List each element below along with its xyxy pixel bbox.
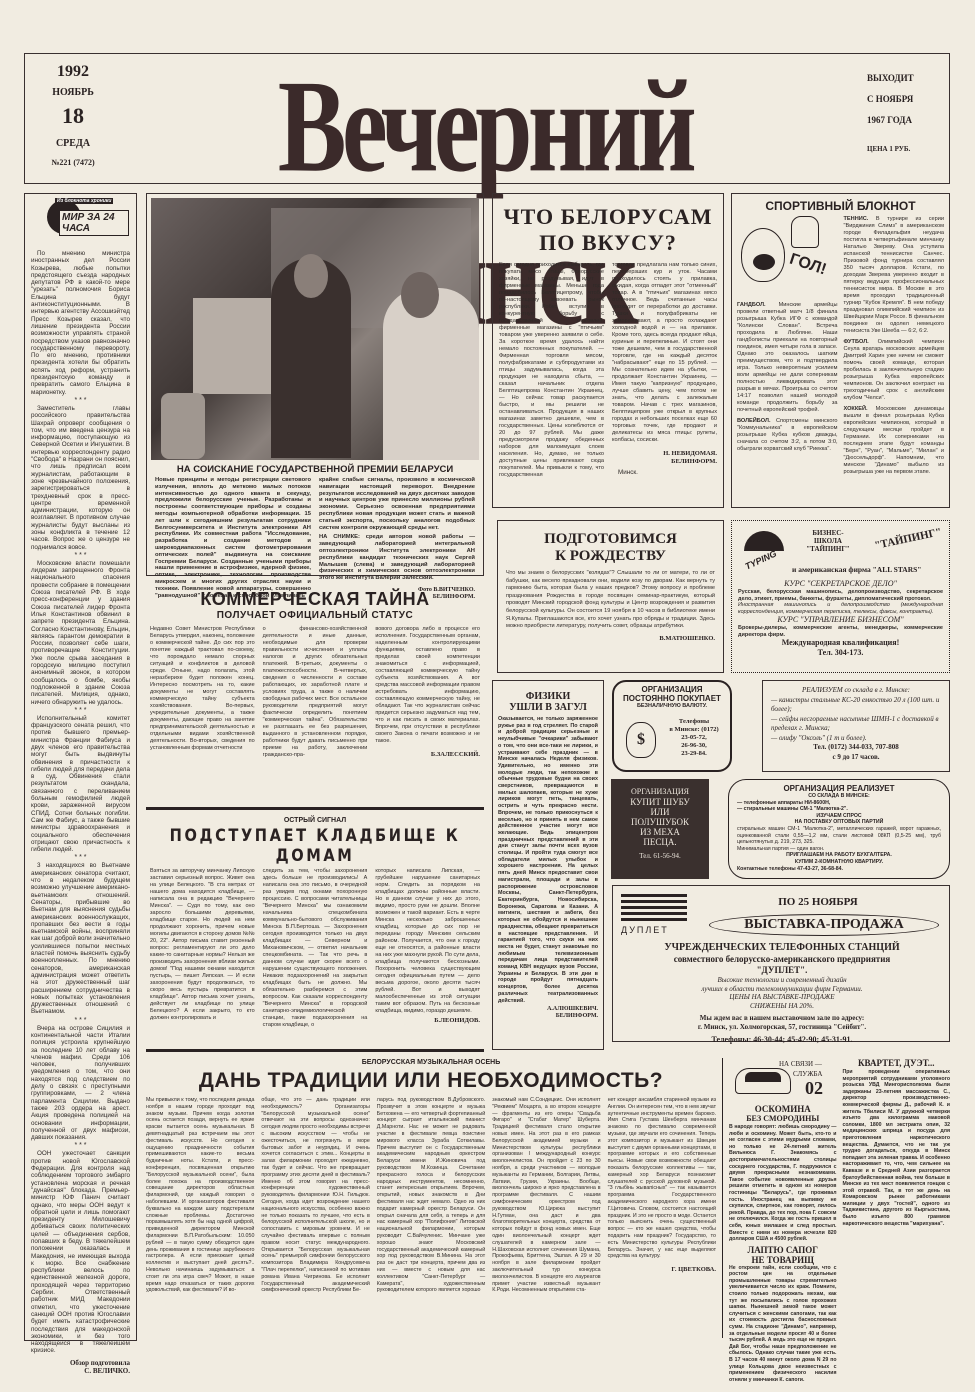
duplet-line: лучших в области телекоммуникации фирм Г… xyxy=(617,985,947,994)
duplet-line: ЦЕНЫ НА ВЫСТАВКЕ-ПРОДАЖЕ xyxy=(617,993,947,1002)
duplet-line: г. Минск, ул. Холмогорская, 57, гостиниц… xyxy=(617,1023,947,1032)
cemetery-article: ОСТРЫЙ СИГНАЛ ПОДСТУПАЕТ КЛАДБИЩЕ К ДОМА… xyxy=(146,814,484,1052)
org-ad-title: ОРГАНИЗАЦИЯ РЕАЛИЗУЕТ xyxy=(737,784,941,793)
masthead-day: 18 xyxy=(33,104,113,128)
sports-item: ХОККЕЙ. Московские динамовцы вышли в фин… xyxy=(844,406,945,476)
christmas-headline-2: К РОЖДЕСТВУ xyxy=(506,548,715,565)
story1-body: В народе говорят: любишь смородину — люб… xyxy=(729,1124,837,1243)
taste-col-2-wrap: торговля предлагала нам только синих, пе… xyxy=(612,262,717,479)
taste-article: ЧТО БЕЛОРУСАМ ПО ВКУСУ? Если сегодня при… xyxy=(492,193,724,508)
separator: * * * xyxy=(31,854,130,862)
cemetery-signature: Б.ЛЕОНИДОВ. xyxy=(375,1017,480,1025)
commercial-body: Недавно Совет Министров Республики Белар… xyxy=(146,626,484,759)
commercial-signature: Б.ЗАЛЕССКИЙ. xyxy=(375,751,480,759)
org-ad-details: стиральных машин СМ-1 "Малютка-2", метал… xyxy=(737,826,941,846)
currency-line-2: ПОСТОЯННО ПОКУПАЕТ xyxy=(617,694,727,703)
duplet-date: ПО 25 НОЯБРЯ xyxy=(693,896,943,908)
qualification: Международная квалификация! xyxy=(738,638,943,648)
duplet-body: УЧРЕЖДЕНЧЕСКИХ ТЕЛЕФОННЫХ СТАНЦИЙ совмес… xyxy=(617,942,947,1045)
music-headline: ДАНЬ ТРАДИЦИИ ИЛИ НЕОБХОДИМОСТЬ? xyxy=(146,1068,716,1094)
sports-item-label: ТЕННИС. xyxy=(844,216,869,222)
lab-photo xyxy=(151,198,479,460)
typing-partner: и американская фирма "ALL STARS" xyxy=(792,565,921,574)
masthead-since-1: ВЫХОДИТ xyxy=(867,68,947,89)
separator: * * * xyxy=(31,397,130,405)
physicists-body: Оказывается, не только заряженное ружье … xyxy=(498,716,598,1004)
warehouse-item: — сейфы несгораемые насыпные ШМН-1 с дос… xyxy=(771,715,941,734)
music-signature: Г. ЦВЕТКОВА. xyxy=(608,1266,716,1274)
photo-person-right xyxy=(383,288,479,460)
org-ad-item: — телефонные аппараты НИ-8600Н, xyxy=(737,800,941,807)
masthead: 1992 НОЯБРЬ 18 СРЕДА №221 (7472) Вечерни… xyxy=(24,53,950,184)
world-signature-2: С. ВЕЛИЧКО. xyxy=(31,1367,130,1375)
world-item: Заместитель главы российского правительс… xyxy=(31,405,130,551)
sports-item-text: Московские динамовцы вышли в финал розыг… xyxy=(844,406,945,475)
photo-person-left-head xyxy=(294,254,328,298)
world-logo-main: МИР ЗА 24 ЧАСА xyxy=(59,210,129,236)
police-logo-number: 02 xyxy=(805,1078,823,1099)
sports-item-text: Олимпийский чемпион Сеула вратарь москов… xyxy=(844,339,945,401)
masthead-date-block: 1992 НОЯБРЬ 18 СРЕДА №221 (7472) xyxy=(33,62,113,170)
duplet-ad: ДУПЛЕТ ПО 25 НОЯБРЯ ВЫСТАВКА-ПРОДАЖА УЧР… xyxy=(612,885,950,1042)
police-body: НА СВЯЗИ — СЛУЖБА 02 ОСКОМИНА БЕЗ СМОРОД… xyxy=(729,1058,950,1383)
sports-item-label: ХОККЕЙ. xyxy=(844,406,868,412)
masthead-since-2: С НОЯБРЯ xyxy=(867,89,947,110)
typing-school: БИЗНЕС- ШКОЛА "ТАЙПИНГ" xyxy=(798,529,858,553)
masthead-price: ЦЕНА 1 РУБ. xyxy=(867,139,947,160)
story2-body: Не откроем тайн, если сообщим, что с рос… xyxy=(729,1265,837,1384)
sports-body: ГОЛ! ГАНДБОЛ. Минские армейцы провели от… xyxy=(737,216,944,476)
sports-item: ТЕННИС. В турнире из серии "Вирджиния Сл… xyxy=(844,216,945,335)
cemetery-kicker: ОСТРЫЙ СИГНАЛ xyxy=(146,816,484,826)
warehouse-phones: Тел. (0172) 344-033, 707-808 xyxy=(771,743,941,753)
sports-item-text: В турнире из серии "Вирджиния Слимз" в а… xyxy=(844,216,945,334)
christmas-body: Что мы знаем о белорусских "колядах"? Сл… xyxy=(506,570,715,631)
commercial-col-3: вового договора либо в процессе его испо… xyxy=(375,626,480,745)
sports-item-label: ВОЛЕЙБОЛ. xyxy=(737,418,771,424)
music-col: Мы привыкли к тому, что последняя декада… xyxy=(146,1097,254,1294)
music-autumn-article: БЕЛОРУССКАЯ МУЗЫКАЛЬНАЯ ОСЕНЬ ДАНЬ ТРАДИ… xyxy=(146,1058,716,1338)
currency-phone: 23-29-84. xyxy=(660,750,728,758)
music-col: нет концерт ансамбля старинной музыки из… xyxy=(608,1097,716,1260)
sports-item-label: ФУТБОЛ. xyxy=(844,339,869,345)
duplet-brand: ДУПЛЕТ xyxy=(621,924,687,936)
world-item: Московские власти помешали лидерам запре… xyxy=(31,560,130,706)
world-logo: Из блокнота хроники МИР ЗА 24 ЧАСА xyxy=(31,198,130,244)
duplet-event: ВЫСТАВКА-ПРОДАЖА xyxy=(709,914,939,936)
sports-item: ГАНДБОЛ. Минские армейцы провели ответны… xyxy=(737,302,838,414)
sports-col-1: ГОЛ! ГАНДБОЛ. Минские армейцы провели от… xyxy=(737,216,838,476)
course1-italic: Иностранная машинопись и делопроизводств… xyxy=(738,602,943,615)
police-logo: НА СВЯЗИ — СЛУЖБА 02 xyxy=(729,1058,837,1104)
police-column: НА СВЯЗИ — СЛУЖБА 02 ОСКОМИНА БЕЗ СМОРОД… xyxy=(722,1058,950,1338)
cartoon-hand-icon xyxy=(791,216,819,248)
separator: * * * xyxy=(31,707,130,715)
music-col: знакомый нам С.Сондецкис. Они исполнят "… xyxy=(492,1097,600,1294)
duplet-line: "ДУПЛЕТ". xyxy=(617,965,947,976)
masthead-since-block: ВЫХОДИТ С НОЯБРЯ 1967 ГОДА ЦЕНА 1 РУБ. xyxy=(867,68,947,160)
physicists-headline-2: УШЛИ В ЗАГУЛ xyxy=(498,702,598,714)
world-item: Исполнительный комитет французского сена… xyxy=(31,715,130,854)
story3-title: КВАРТЕТ, ДУЭТ... xyxy=(843,1058,951,1069)
typing-ad: TYPING БИЗНЕС- ШКОЛА "ТАЙПИНГ" "ТАЙПИНГ"… xyxy=(731,520,950,673)
org-ad-study: НА ПОСТАВКУ ОПТОВЫХ ПАРТИЙ xyxy=(737,819,941,826)
typing-phone: Тел. 304-173. xyxy=(738,648,943,658)
world-signature-1: Обзор подготовила xyxy=(31,1359,130,1367)
course1-title: КУРС "СЕКРЕТАРСКОЕ ДЕЛО" xyxy=(738,579,943,589)
story2-title-1: ЛАПТЮ САПОГ xyxy=(729,1245,837,1255)
org-ad-contacts: Контактные телефоны 47-43-27, 36-68-84. xyxy=(737,866,941,873)
fur-ad-line: ПОЛУШУБОК xyxy=(611,817,709,827)
sports-headline: СПОРТИВНЫЙ БЛОКНОТ xyxy=(737,199,944,213)
taste-col-1: Если сегодня приходится выбирать, где по… xyxy=(499,262,604,479)
duplet-line: УЧРЕЖДЕНЧЕСКИХ ТЕЛЕФОННЫХ СТАНЦИЙ xyxy=(617,942,947,954)
cartoon-goal-text: ГОЛ! xyxy=(787,251,828,280)
police-col-2: КВАРТЕТ, ДУЭТ... При проведении оператив… xyxy=(843,1058,951,1383)
currency-ad: ОРГАНИЗАЦИЯ ПОСТОЯННО ПОКУПАЕТ БЕЗНАЛИЧН… xyxy=(612,680,732,772)
commercial-col-3-wrap: вового договора либо в процессе его испо… xyxy=(375,626,480,759)
org-ad-item: — стиральные машины СМ-1 "Малютка-2". xyxy=(737,806,941,813)
typing-courses: КУРС "СЕКРЕТАРСКОЕ ДЕЛО" Русская, белору… xyxy=(738,579,943,658)
duplet-phones: Телефоны: 46-30-44; 45-42-90; 45-31-91. xyxy=(617,1035,947,1045)
warehouse-ad: РЕАЛИЗУЕМ со склада в г. Минске: — канис… xyxy=(762,680,950,772)
fur-ad-line: ИЛИ xyxy=(611,807,709,817)
sports-col-2: ТЕННИС. В турнире из серии "Вирджиния Сл… xyxy=(844,216,945,476)
duplet-logo: ДУПЛЕТ xyxy=(621,894,687,936)
prize-headline: НА СОИСКАНИЕ ГОСУДАРСТВЕННОЙ ПРЕМИИ БЕЛА… xyxy=(151,464,479,475)
org-ad-invite: ПРИГЛАШАЕМ НА РАБОТУ БУХГАЛТЕРА. xyxy=(737,852,941,859)
cemetery-headline: ПОДСТУПАЕТ КЛАДБИЩЕ К ДОМАМ xyxy=(170,826,461,866)
book-sunrise-icon xyxy=(744,531,784,551)
org-ad-buy: КУПИМ 2-КОМНАТНУЮ КВАРТИРУ. xyxy=(737,859,941,866)
fur-ad: ОРГАНИЗАЦИЯ КУПИТ ШУБУ ИЛИ ПОЛУШУБОК ИЗ … xyxy=(611,779,709,879)
world-logo-top: Из блокнота хроники xyxy=(55,198,113,204)
world-item: По мнению министра иностранных дел Росси… xyxy=(31,250,130,396)
taste-headline-1: ЧТО БЕЛОРУСАМ xyxy=(499,204,717,230)
masthead-issue: №221 (7472) xyxy=(33,156,113,170)
org-sells-ad: ОРГАНИЗАЦИЯ РЕАЛИЗУЕТ СО СКЛАДА В МИНСКЕ… xyxy=(728,779,950,879)
money-bag-icon: $ xyxy=(626,722,656,758)
taste-col-2: торговля предлагала нам только синих, пе… xyxy=(612,262,717,444)
photo-canister xyxy=(161,393,205,459)
duplet-line: Высокие технологии и современный дизайн xyxy=(617,976,947,985)
duplet-line: СНИЖЕНЫ НА 20%. xyxy=(617,1002,947,1011)
goal-cartoon: ГОЛ! xyxy=(737,216,838,302)
sports-item-label: ГАНДБОЛ. xyxy=(737,302,766,308)
sports-item-text: Минские армейцы провели ответный матч 1/… xyxy=(737,302,838,413)
physicists-article: ФИЗИКИ УШЛИ В ЗАГУЛ Оказывается, не толь… xyxy=(492,680,604,1050)
prize-article: НА СОИСКАНИЕ ГОСУДАРСТВЕННОЙ ПРЕМИИ БЕЛА… xyxy=(146,193,484,576)
separator: * * * xyxy=(31,1017,130,1025)
music-body: Мы привыкли к тому, что последняя декада… xyxy=(146,1097,716,1294)
sports-notebook: СПОРТИВНЫЙ БЛОКНОТ ГОЛ! ГАНДБОЛ. Минские… xyxy=(731,193,950,508)
police-logo-1: НА СВЯЗИ — xyxy=(779,1060,822,1068)
typing-school-3: "ТАЙПИНГ" xyxy=(798,545,858,553)
typing-school-2: ШКОЛА xyxy=(798,537,858,545)
world-news: По мнению министра иностранных дел Росси… xyxy=(31,250,130,1355)
world-item: ООН ужесточает санкции против новой Югос… xyxy=(31,1150,130,1354)
duplet-line: совместного белорусско-американского пре… xyxy=(617,954,947,965)
christmas-headline-1: ПОДГОТОВИМСЯ xyxy=(506,531,715,548)
fur-ad-phone: Тел. 61-56-94. xyxy=(611,849,709,863)
story2-title-2: НЕ ТОВАРИЩ xyxy=(729,1255,837,1265)
fur-ad-line: ИЗ МЕХА xyxy=(611,827,709,837)
masthead-since-3: 1967 ГОДА xyxy=(867,110,947,131)
music-col: обще, что это — дань традиции или необхо… xyxy=(261,1097,369,1294)
typing-logo: TYPING xyxy=(740,527,788,575)
taste-headline-2: ПО ВКУСУ? xyxy=(499,230,717,256)
typing-logo-text: TYPING xyxy=(743,548,778,571)
separator: * * * xyxy=(31,552,130,560)
warehouse-intro: РЕАЛИЗУЕМ со склада в г. Минске: xyxy=(771,686,941,696)
music-col-5-wrap: нет концерт ансамбля старинной музыки из… xyxy=(608,1097,716,1294)
music-kicker: БЕЛОРУССКАЯ МУЗЫКАЛЬНАЯ ОСЕНЬ xyxy=(146,1058,716,1068)
story1-title-2: БЕЗ СМОРОДИНЫ xyxy=(729,1114,837,1124)
fur-ad-line: КУПИТ ШУБУ xyxy=(611,797,709,807)
currency-phones-label: Телефоны xyxy=(660,718,728,726)
prize-col-2: крайне слабые сигналы, произвело в косми… xyxy=(319,477,475,531)
commercial-col-1: Недавно Совет Министров Республики Белар… xyxy=(150,626,255,759)
taste-dateline: Минск. xyxy=(612,469,717,476)
course2-bold: Брокеры-дилеры, коммерческие агенты, мен… xyxy=(738,625,943,638)
currency-line-1: ОРГАНИЗАЦИЯ xyxy=(617,685,727,694)
duplet-line: Мы ждем вас в нашем выставочном зале по … xyxy=(617,1014,947,1023)
world-item: Вчера на острове Сицилия и континентальн… xyxy=(31,1025,130,1142)
taste-signature-1: Н. НЕВИДОМАЯ. xyxy=(612,450,717,458)
cemetery-body: Взяться за авторучку минчанку Липскую за… xyxy=(146,868,484,1029)
course2-title: КУРС "УПРАВЛЕНИЕ БИЗНЕСОМ" xyxy=(738,615,943,625)
taste-body: Если сегодня приходится выбирать, где по… xyxy=(499,262,717,479)
physicists-headline-1: ФИЗИКИ xyxy=(498,691,598,702)
currency-phone: 23-05-72, xyxy=(660,734,728,742)
currency-phone: 26-96-30, xyxy=(660,742,728,750)
duplet-stripes-icon xyxy=(621,894,687,924)
sports-item: ФУТБОЛ. Олимпийский чемпион Сеула вратар… xyxy=(844,339,945,402)
currency-phones-city: в Минске: (0172) xyxy=(660,726,728,734)
org-ad-subtitle: СО СКЛАДА В МИНСКЕ: xyxy=(737,793,941,800)
typing-school-1: БИЗНЕС- xyxy=(798,529,858,537)
physicists-signature-2: БЕЛИНФОРМ. xyxy=(498,1013,598,1020)
story1-title-1: ОСКОМИНА xyxy=(729,1104,837,1114)
story3-body: При проведении оперативных мероприятий с… xyxy=(843,1069,951,1227)
world-column: Из блокнота хроники МИР ЗА 24 ЧАСА По мн… xyxy=(24,193,137,1341)
org-ad-min-batch: Минимальная партия — один вагон. xyxy=(737,846,941,853)
cemetery-col-3: которых написала Липская, — грубейшее на… xyxy=(375,868,480,1015)
christmas-article: ПОДГОТОВИМСЯ К РОЖДЕСТВУ Что мы знаем о … xyxy=(497,520,724,673)
masthead-month: НОЯБРЬ xyxy=(33,82,113,104)
warehouse-item: — олифу "Оксоль" (1 т и более). xyxy=(771,734,941,744)
commercial-secret-article: КОММЕРЧЕСКАЯ ТАЙНА ПОЛУЧАЕТ ОФИЦИАЛЬНЫЙ … xyxy=(146,582,484,810)
cartoon-mouth-icon xyxy=(753,254,775,270)
typing-arc-text: "ТАЙПИНГ" xyxy=(873,526,942,552)
currency-phones: Телефоны в Минске: (0172) 23-05-72, 26-9… xyxy=(660,718,728,758)
world-item: 3 находящихся во Вьетнаме американских с… xyxy=(31,862,130,1015)
cemetery-col-3-wrap: которых написала Липская, — грубейшее на… xyxy=(375,868,480,1029)
cemetery-col-2: следить за тем, чтобы захоронения здесь … xyxy=(263,868,368,1029)
commercial-subheadline: ПОЛУЧАЕТ ОФИЦИАЛЬНЫЙ СТАТУС xyxy=(146,610,484,622)
masthead-year: 1992 xyxy=(33,62,113,82)
warehouse-hours: с 9 до 17 часов. xyxy=(771,753,941,763)
separator: * * * xyxy=(31,1142,130,1150)
sports-item: ВОЛЕЙБОЛ. Спортсмены минского "Коммуналь… xyxy=(737,418,838,453)
music-col: ларусь под руководством В.Дубровского. П… xyxy=(377,1097,485,1294)
masthead-weekday: СРЕДА xyxy=(33,132,113,156)
photo-device xyxy=(193,298,271,394)
warehouse-item: — канистры стальные КС-20 емкостью 20 л … xyxy=(771,696,941,715)
police-car-window xyxy=(745,1072,781,1082)
photo-person-right-head xyxy=(401,272,439,318)
physicists-signature-1: А.АЛЮШКЕВИЧ. xyxy=(498,1006,598,1013)
fur-ad-line: ПЕСЦА. xyxy=(611,837,709,847)
fur-ad-line: ОРГАНИЗАЦИЯ xyxy=(611,787,709,797)
police-logo-2: СЛУЖБА xyxy=(793,1070,822,1078)
police-col-1: НА СВЯЗИ — СЛУЖБА 02 ОСКОМИНА БЕЗ СМОРОД… xyxy=(729,1058,837,1383)
commercial-headline: КОММЕРЧЕСКАЯ ТАЙНА xyxy=(146,588,484,610)
taste-signature-2: БЕЛИНФОРМ. xyxy=(612,458,717,466)
christmas-signature: В.МАТЮШЕНКО. xyxy=(506,635,715,643)
commercial-col-2: о финансово-хозяйственной деятельности и… xyxy=(263,626,368,759)
cemetery-col-1: Взяться за авторучку минчанку Липскую за… xyxy=(150,868,255,1029)
course1-bold: Русская, белорусская машинопись, делопро… xyxy=(738,589,943,602)
prize-caption: НА СНИМКЕ: среди авторов новой работы — … xyxy=(319,534,475,582)
currency-line-3: БЕЗНАЛИЧНУЮ ВАЛЮТУ. xyxy=(617,703,727,710)
